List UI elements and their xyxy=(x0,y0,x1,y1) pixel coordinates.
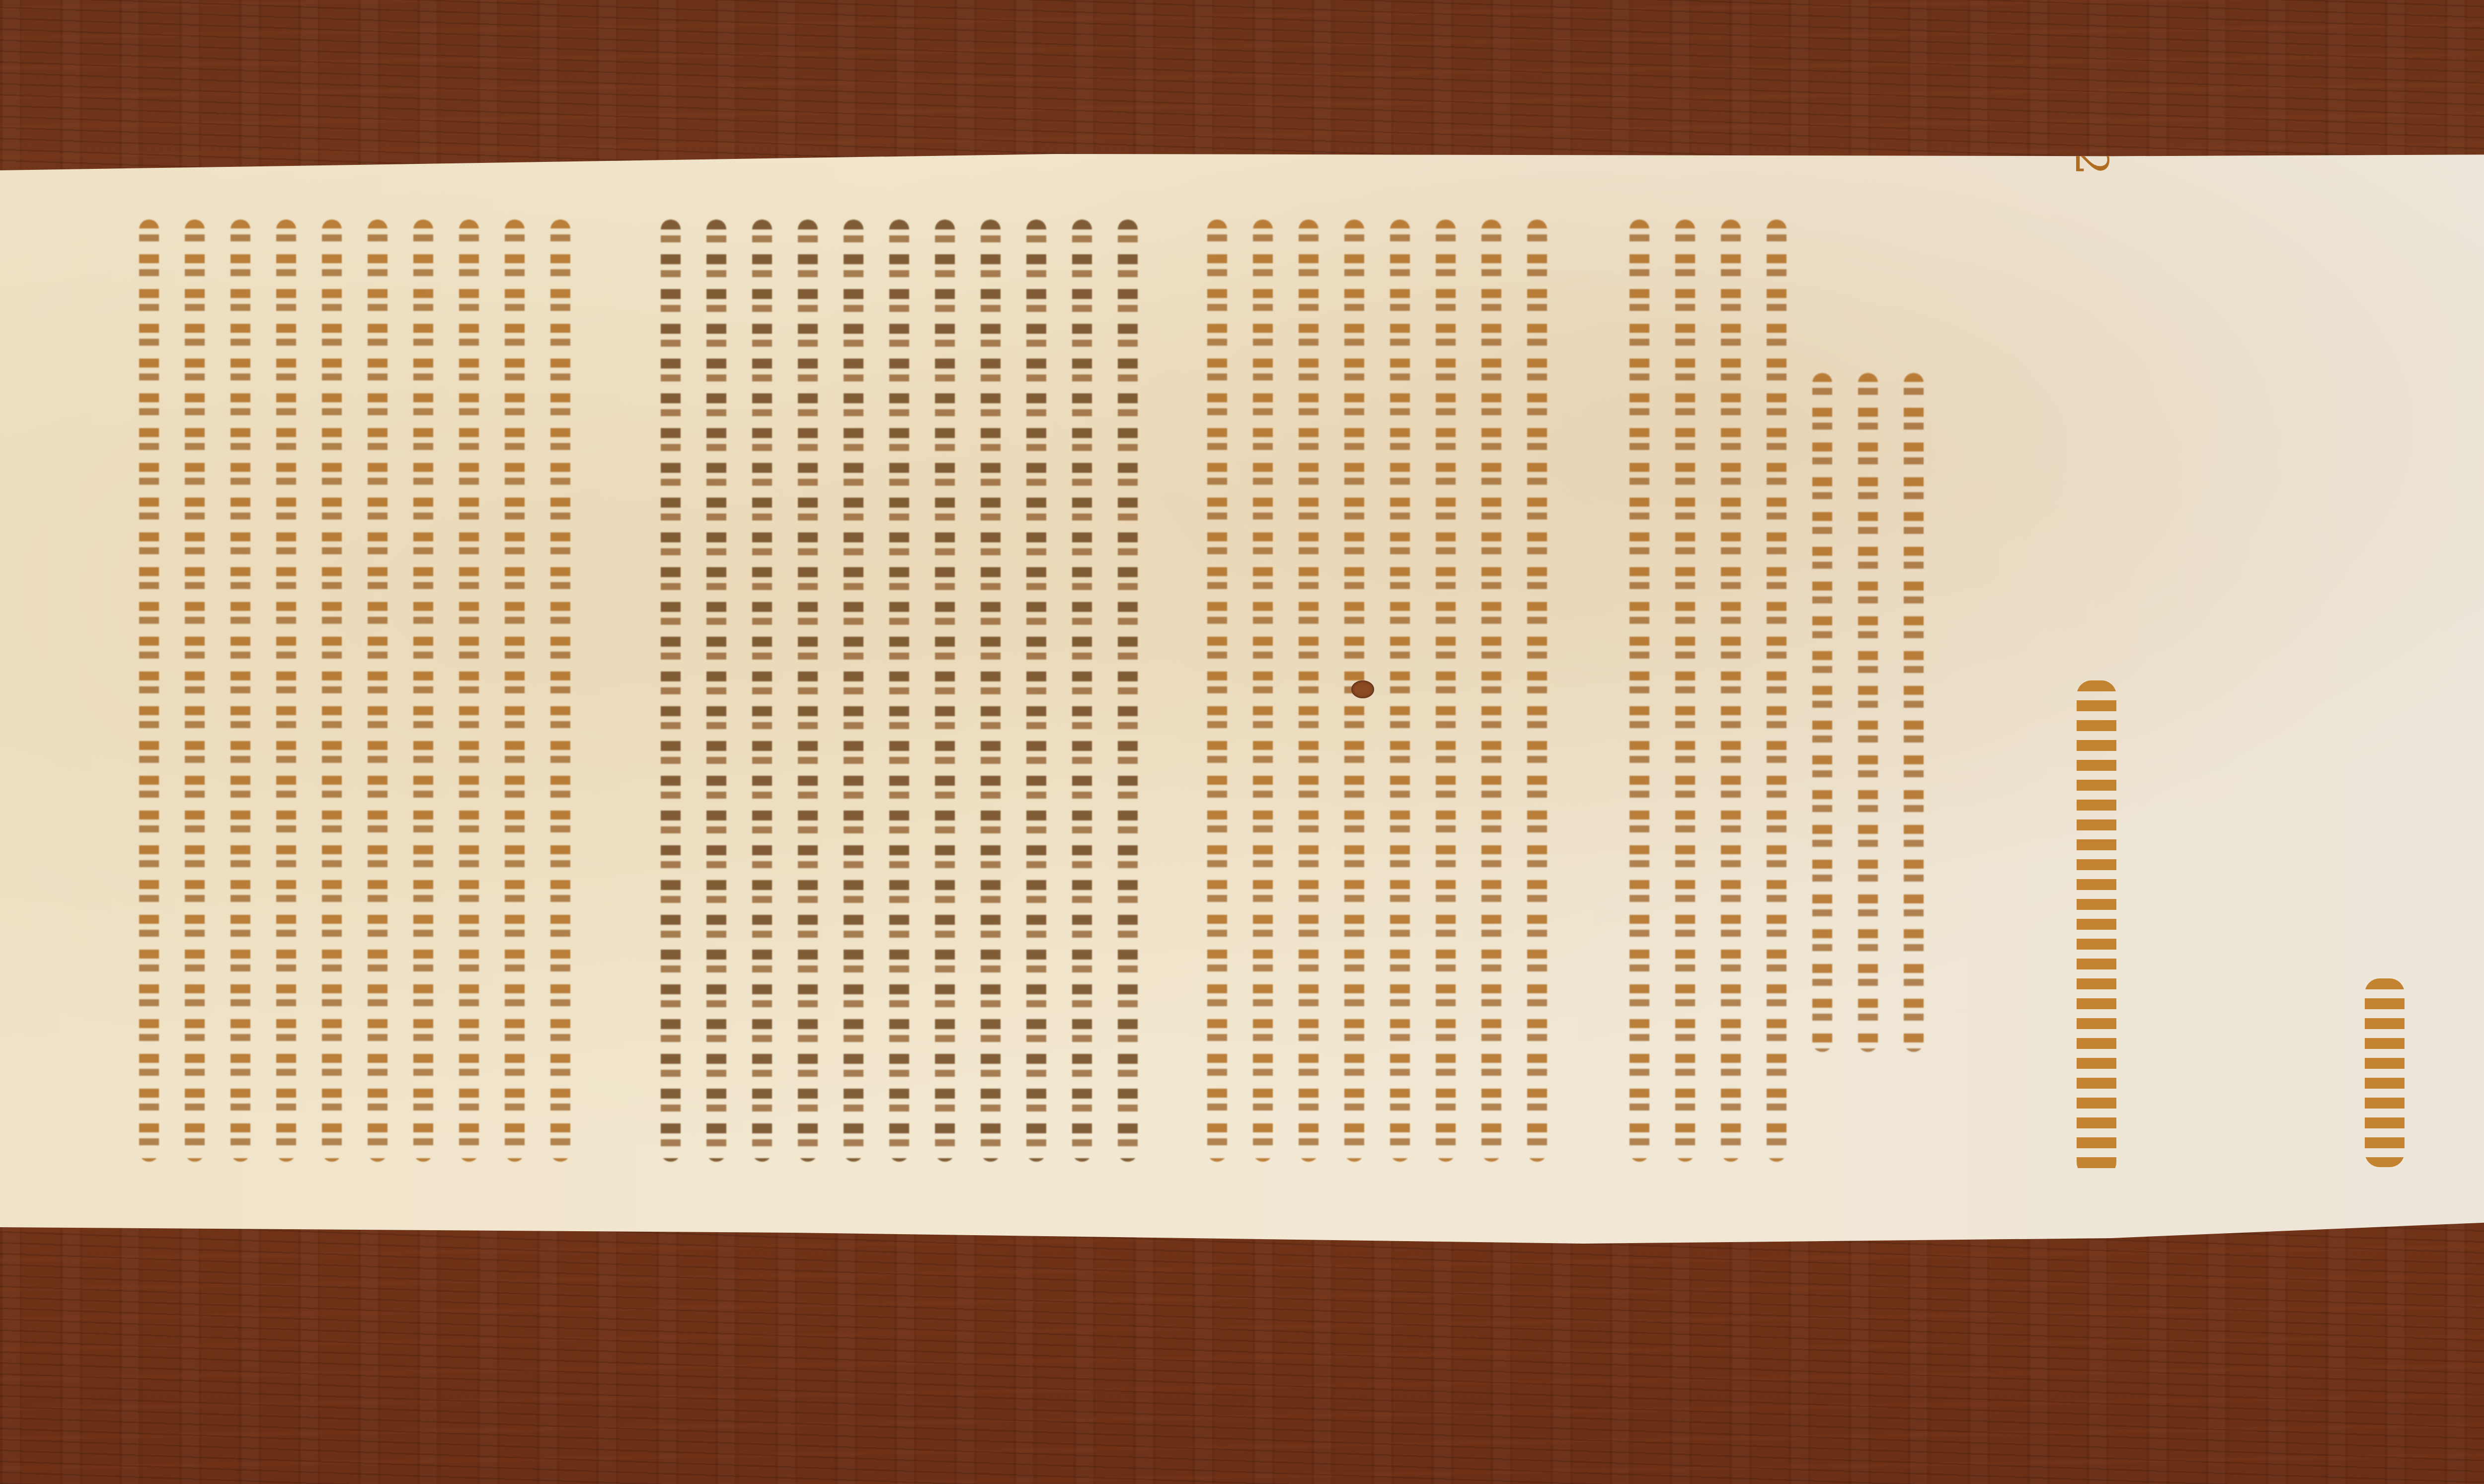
margin-mark: ~ xyxy=(2471,152,2484,190)
handwritten-line xyxy=(920,154,966,1249)
handwritten-line xyxy=(1512,154,1558,1249)
handwritten-line xyxy=(536,154,581,1249)
handwritten-line xyxy=(1375,154,1421,1249)
handwritten-line xyxy=(490,154,536,1249)
handwritten-line xyxy=(829,154,874,1249)
handwritten-line xyxy=(1057,154,1103,1249)
handwritten-line xyxy=(1011,154,1057,1249)
handwritten-line xyxy=(1797,154,1843,1249)
handwritten-line xyxy=(966,154,1011,1249)
handwritten-line xyxy=(124,154,170,1249)
handwritten-line xyxy=(874,154,920,1249)
handwritten-line xyxy=(1706,154,1752,1249)
signature-mark xyxy=(2365,978,2405,1167)
handwritten-line xyxy=(398,154,444,1249)
handwritten-line xyxy=(353,154,398,1249)
handwritten-line xyxy=(1615,154,1660,1249)
handwritten-line xyxy=(783,154,829,1249)
handwritten-line xyxy=(1238,154,1284,1249)
handwritten-line xyxy=(737,154,783,1249)
handwritten-line xyxy=(1843,154,1889,1249)
manuscript-body-middle xyxy=(646,154,1217,1249)
handwritten-line xyxy=(1660,154,1706,1249)
handwritten-line xyxy=(1889,154,1935,1249)
paper-hole xyxy=(1351,680,1374,698)
handwritten-line xyxy=(692,154,737,1249)
handwritten-line xyxy=(646,154,692,1249)
manuscript-paper: 2 ~ ~ xyxy=(0,154,2484,1249)
handwritten-line xyxy=(1329,154,1375,1249)
handwritten-line xyxy=(1103,154,1149,1249)
manuscript-body-center xyxy=(1192,154,1639,1249)
handwritten-line xyxy=(170,154,216,1249)
closing-line xyxy=(2077,680,2116,1177)
handwritten-line xyxy=(261,154,307,1249)
handwritten-line xyxy=(444,154,490,1249)
handwritten-line xyxy=(1467,154,1512,1249)
handwritten-line xyxy=(1752,154,1797,1249)
handwritten-line xyxy=(307,154,353,1249)
handwritten-line xyxy=(1192,154,1238,1249)
handwritten-line xyxy=(216,154,261,1249)
manuscript-body-left xyxy=(124,154,621,1249)
handwritten-line xyxy=(1284,154,1329,1249)
manuscript-body-right xyxy=(1615,154,2062,1249)
handwritten-line xyxy=(1421,154,1467,1249)
